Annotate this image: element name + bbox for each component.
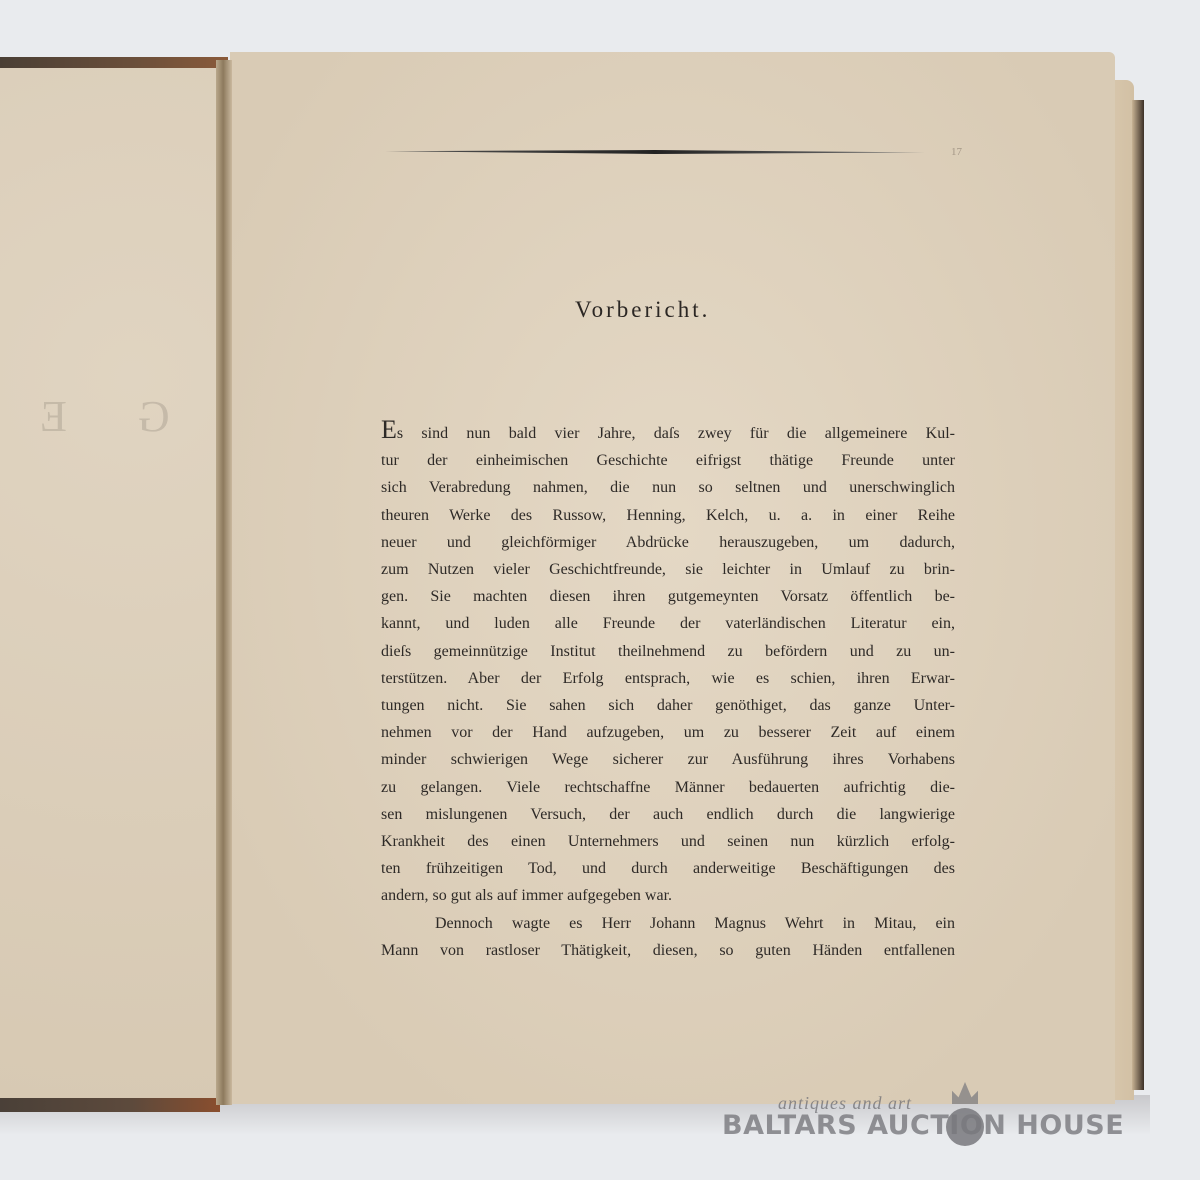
text-line: Krankheit des einen Unternehmers und sei… bbox=[381, 828, 955, 855]
text-line: sich Verabredung nahmen, die nun so selt… bbox=[381, 474, 955, 501]
text-line: dieſs gemeinnützige Institut theilnehmen… bbox=[381, 638, 955, 665]
text-line: ten frühzeitigen Tod, und durch anderwei… bbox=[381, 855, 955, 882]
bleed-through-letters: G E bbox=[10, 391, 170, 442]
body-text: Es sind nun bald vier Jahre, daſs zwey f… bbox=[381, 420, 955, 964]
text-line: andern, so gut als auf immer aufgegeben … bbox=[381, 882, 955, 909]
text-line: neuer und gleichförmiger Abdrücke heraus… bbox=[381, 529, 955, 556]
text-line: gen. Sie machten diesen ihren gutgemeynt… bbox=[381, 583, 955, 610]
cover-edge-top bbox=[0, 57, 228, 68]
text-line: Es sind nun bald vier Jahre, daſs zwey f… bbox=[381, 420, 955, 447]
auction-logo-icon bbox=[946, 1108, 984, 1146]
text-line: sen mislungenen Versuch, der auch endlic… bbox=[381, 801, 955, 828]
text-line: tungen nicht. Sie sahen sich daher genöt… bbox=[381, 692, 955, 719]
back-cover-edge bbox=[1132, 100, 1144, 1090]
text-line: zu gelangen. Viele rechtschaffne Männer … bbox=[381, 774, 955, 801]
text-line: tur der einheimischen Geschichte eifrigs… bbox=[381, 447, 955, 474]
watermark-name: BALTARS AUCTION HOUSE bbox=[722, 1110, 1124, 1141]
cover-edge-bottom bbox=[0, 1098, 220, 1112]
left-page: G E bbox=[0, 66, 222, 1101]
text-line: zum Nutzen vieler Geschichtfreunde, sie … bbox=[381, 556, 955, 583]
page-title: Vorbericht. bbox=[575, 297, 710, 323]
text-line: nehmen vor der Hand aufzugeben, um zu be… bbox=[381, 719, 955, 746]
text-line: minder schwierigen Wege sicherer zur Aus… bbox=[381, 746, 955, 773]
drop-cap: E bbox=[381, 415, 397, 444]
text-line: Mann von rastloser Thätigkeit, diesen, s… bbox=[381, 937, 955, 964]
text-line: kannt, und luden alle Freunde der vaterl… bbox=[381, 610, 955, 637]
page-number: 17 bbox=[951, 146, 962, 158]
text-line: theuren Werke des Russow, Henning, Kelch… bbox=[381, 502, 955, 529]
text-line: terstützen. Aber der Erfolg entsprach, w… bbox=[381, 665, 955, 692]
text-line: Dennoch wagte es Herr Johann Magnus Wehr… bbox=[381, 910, 955, 937]
book-gutter bbox=[216, 60, 232, 1105]
